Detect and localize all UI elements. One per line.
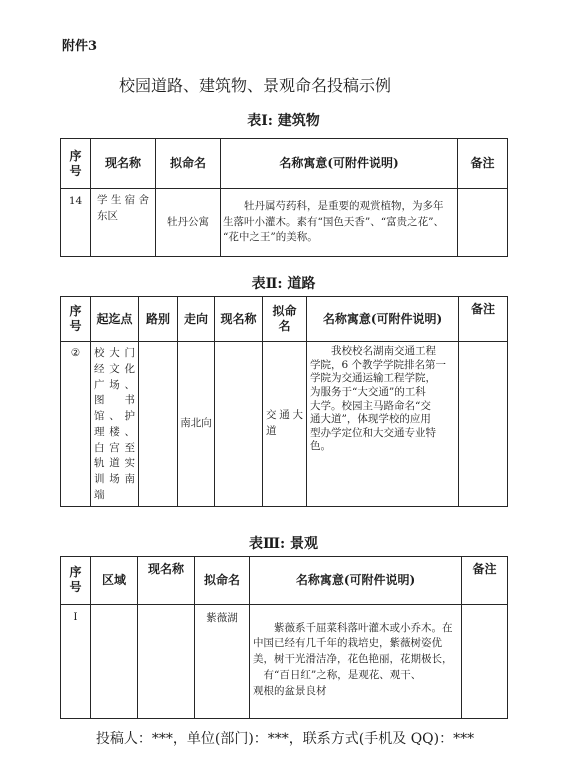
buildings-table: 序号 现名称 拟命名 名称寓意(可附件说明) 备注 14 学生宿舍东区 牡丹公寓… — [60, 138, 508, 257]
buildings-cell-remark — [458, 189, 508, 257]
roads-table-caption: 表Ⅱ: 道路 — [60, 275, 507, 294]
landscapes-header-area: 区域 — [91, 556, 138, 604]
page-title: 校园道路、建筑物、景观命名投稿示例 — [0, 76, 510, 96]
buildings-header-proposed-name: 拟命名 — [156, 139, 221, 189]
roads-cell-seq: ② — [61, 342, 91, 507]
buildings-header-row: 序号 现名称 拟命名 名称寓意(可附件说明) 备注 — [61, 139, 508, 189]
buildings-header-current-name: 现名称 — [91, 139, 156, 189]
roads-header-origin-end: 起迄点 — [91, 297, 139, 342]
buildings-header-remark: 备注 — [458, 139, 508, 189]
landscapes-header-current-name: 现名称 — [138, 556, 195, 604]
buildings-cell-meaning: 牡丹属芍药科，是重要的观赏植物，为多年 生落叶小灌木。素有“国色天香”、“富贵之… — [221, 189, 458, 257]
buildings-table-caption: 表Ⅰ: 建筑物 — [60, 112, 507, 131]
roads-cell-origin-end: 校大门经文化广场、图书馆、护理楼、白宫至轨道实训场南端 — [91, 342, 139, 507]
roads-header-road-type: 路别 — [139, 297, 178, 342]
buildings-header-meaning: 名称寓意(可附件说明) — [221, 139, 458, 189]
landscapes-header-row: 序号 区域 现名称 拟命名 名称寓意(可附件说明) 备注 — [61, 556, 508, 604]
roads-header-seq: 序号 — [61, 297, 91, 342]
landscapes-table: 序号 区域 现名称 拟命名 名称寓意(可附件说明) 备注 Ⅰ 紫薇湖 紫薇系千屈… — [60, 556, 508, 719]
roads-cell-road-type — [139, 342, 178, 507]
landscapes-data-row: Ⅰ 紫薇湖 紫薇系千屈菜科落叶灌木或小乔木。在 中国已经有几千年的栽培史，紫薇树… — [61, 604, 508, 718]
roads-cell-remark — [459, 342, 508, 507]
roads-cell-direction: 南北向 — [178, 342, 215, 507]
roads-header-proposed-name: 拟命名 — [263, 297, 307, 342]
roads-header-direction: 走向 — [178, 297, 215, 342]
buildings-cell-proposed-name: 牡丹公寓 — [156, 189, 221, 257]
landscapes-header-proposed-name: 拟命名 — [195, 556, 250, 604]
attachment-label: 附件3 — [62, 38, 570, 56]
landscapes-cell-proposed-name: 紫薇湖 — [195, 604, 250, 718]
roads-cell-meaning: 我校校名湖南交通工程 学院，6 个教学学院排名第一 学院为交通运输工程学院， 为… — [307, 342, 459, 507]
roads-table: 序号 起迄点 路别 走向 现名称 拟命名 名称寓意(可附件说明) 备注 ② 校大… — [60, 296, 508, 507]
buildings-cell-current-name: 学生宿舍东区 — [91, 189, 156, 257]
landscapes-header-remark: 备注 — [462, 556, 508, 604]
roads-header-row: 序号 起迄点 路别 走向 现名称 拟命名 名称寓意(可附件说明) 备注 — [61, 297, 508, 342]
roads-data-row: ② 校大门经文化广场、图书馆、护理楼、白宫至轨道实训场南端 南北向 交通大道 我… — [61, 342, 508, 507]
landscapes-cell-meaning: 紫薇系千屈菜科落叶灌木或小乔木。在 中国已经有几千年的栽培史，紫薇树姿优 美，树… — [250, 604, 462, 718]
roads-header-remark: 备注 — [459, 297, 508, 342]
landscapes-cell-area — [91, 604, 138, 718]
landscapes-header-seq: 序号 — [61, 556, 91, 604]
roads-header-current-name: 现名称 — [215, 297, 263, 342]
roads-cell-proposed-name: 交通大道 — [263, 342, 307, 507]
landscapes-header-meaning: 名称寓意(可附件说明) — [250, 556, 462, 604]
landscapes-cell-seq: Ⅰ — [61, 604, 91, 718]
landscapes-table-caption: 表Ⅲ: 景观 — [60, 535, 507, 554]
roads-cell-current-name — [215, 342, 263, 507]
buildings-data-row: 14 学生宿舍东区 牡丹公寓 牡丹属芍药科，是重要的观赏植物，为多年 生落叶小灌… — [61, 189, 508, 257]
landscapes-cell-remark — [462, 604, 508, 718]
buildings-header-seq: 序号 — [61, 139, 91, 189]
landscapes-cell-current-name — [138, 604, 195, 718]
document-page: 附件3 校园道路、建筑物、景观命名投稿示例 表Ⅰ: 建筑物 序号 现名称 拟命名… — [0, 0, 570, 762]
submitter-info-line: 投稿人：***，单位(部门)：***，联系方式(手机及 QQ)：*** — [0, 731, 570, 748]
roads-header-meaning: 名称寓意(可附件说明) — [307, 297, 459, 342]
buildings-cell-seq: 14 — [61, 189, 91, 257]
